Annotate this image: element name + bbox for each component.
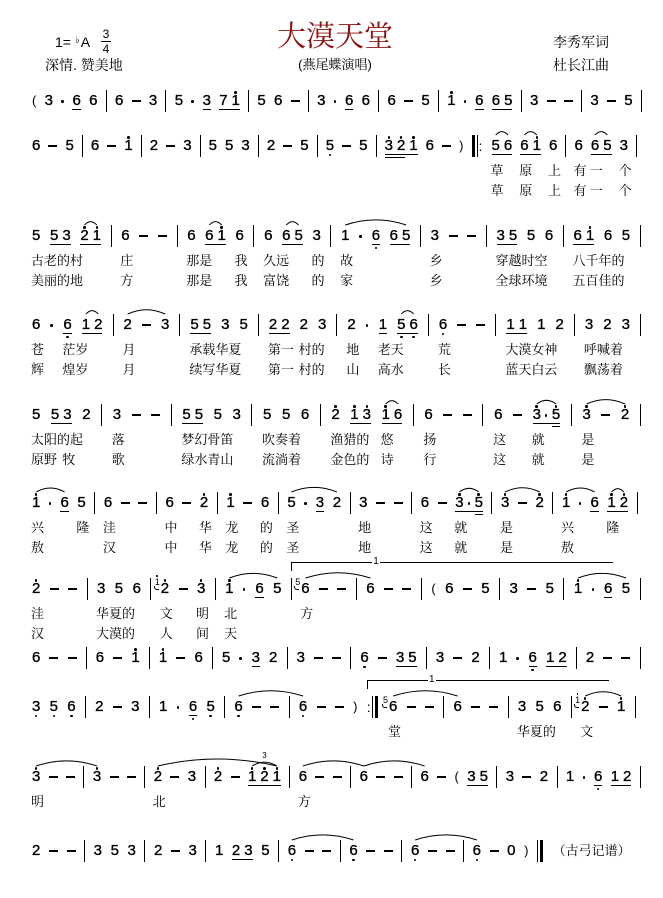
duration-dash (319, 580, 328, 598)
note: 3 (622, 316, 630, 334)
note-digit: 3 (93, 768, 101, 786)
note-digit: 2 (94, 316, 102, 334)
high-octave-dot (477, 493, 480, 496)
beam-group: 65 (390, 227, 411, 245)
slur (239, 691, 303, 696)
note-digit: 2 (154, 842, 162, 860)
note-digit: 3 (590, 92, 598, 110)
lyric-verse-1: 这 (420, 520, 433, 536)
barline (205, 766, 206, 788)
barline (552, 492, 553, 514)
low-octave-dot (291, 859, 294, 862)
duration-dash (489, 698, 498, 716)
lyric-verse-2: 就 (532, 452, 545, 468)
lyric-verse-2: 我 (235, 273, 248, 289)
lyric-verse-2: 全球环境 (496, 273, 548, 289)
note: 3穿越时空全球环境 (497, 227, 505, 245)
duration-dash (603, 649, 612, 667)
beam-group: 6 (345, 92, 353, 110)
note-digit: 3 (385, 137, 393, 155)
note: 5 (480, 768, 488, 786)
lyric-verse-1: 兴 (31, 520, 44, 536)
note: 5 (622, 227, 630, 245)
note-digit: 5 (50, 698, 58, 716)
note-digit: 1 (159, 649, 167, 667)
note-digit: 3 (467, 768, 475, 786)
note-digit: 1 (124, 137, 132, 155)
note-digit: 6 (32, 137, 40, 155)
note: 5 (261, 842, 269, 860)
augmentation-dot (468, 494, 471, 512)
note-digit: 5 (225, 137, 233, 155)
note: 5 (282, 406, 290, 424)
note: 1 (537, 316, 545, 334)
high-octave-dot (589, 226, 592, 229)
lyric-verse-1: 北 (153, 794, 166, 810)
duration-dash (182, 494, 191, 512)
note-digit: 6 (494, 406, 502, 424)
note: 6 (345, 92, 353, 110)
lyric-verse-1: 洼 (103, 520, 116, 536)
note-digit: 6 (594, 768, 602, 786)
barline (144, 766, 145, 788)
note-digit: 5 (261, 842, 269, 860)
note: 6 (299, 698, 307, 716)
lyric-verse-1: 隆 (76, 520, 89, 536)
note-digit: 1 (82, 316, 90, 334)
lyric-verse-2: 第一 (268, 362, 294, 378)
duration-dash (171, 842, 180, 860)
duration-dash (166, 137, 175, 155)
note-digit: 3 (585, 316, 593, 334)
barline (499, 578, 500, 600)
note: 3 (189, 842, 197, 860)
note: 5 (622, 580, 630, 598)
beam-group: 65 (492, 92, 513, 110)
lyric-verse-1: 个 (619, 163, 632, 179)
note: 3华夏的 (518, 698, 526, 716)
note: 3就就 (455, 494, 463, 512)
note: 1 (159, 649, 167, 667)
open-paren: ( (32, 92, 36, 110)
note: 6 (475, 92, 483, 110)
note-digit: 3 (530, 92, 538, 110)
note-digit: 3 (582, 406, 590, 424)
duration-dash (342, 137, 351, 155)
volta-label: 1 (428, 675, 436, 685)
lyric-verse-2: 乡 (430, 273, 443, 289)
note: 2 (94, 316, 102, 334)
barline (495, 314, 496, 336)
note-digit: 5 (492, 137, 500, 155)
note-digit: 3 (317, 92, 325, 110)
lyric-verse-1: 久远 (263, 253, 289, 269)
note-digit: 2 (267, 137, 275, 155)
barline (336, 314, 337, 336)
lyric-verse-1: 古老的村 (31, 253, 83, 269)
note: 1 (131, 649, 139, 667)
barline (508, 696, 509, 718)
note-digit: 6 (549, 137, 557, 155)
note-digit: 1 (611, 768, 619, 786)
beam-group: 5 (475, 494, 483, 512)
note: 6 (594, 768, 602, 786)
slur (537, 400, 556, 404)
note: 3华夏的大漠的 (97, 580, 105, 598)
lyric-verse-1: 地 (358, 520, 371, 536)
close-paren: ) (459, 137, 463, 155)
high-octave-dot (610, 493, 613, 496)
note: 6 (115, 92, 123, 110)
note: 65堂 (389, 698, 397, 716)
note: 2 (586, 649, 594, 667)
lyric-verse-2: 煌岁 (62, 362, 88, 378)
lyric-verse-2: 间 (196, 626, 209, 642)
lyric-verse-2: 诗 (381, 452, 394, 468)
low-octave-dot (302, 715, 305, 718)
note-digit: 3 (197, 580, 205, 598)
note-digit: 1 (566, 768, 574, 786)
beam-group: 61 (205, 227, 226, 245)
barline (421, 578, 422, 600)
note: 3 (316, 494, 324, 512)
barline (111, 225, 112, 247)
beam-group: 12 (611, 768, 632, 786)
open-paren: ( (455, 768, 459, 786)
note-digit: 3 (189, 842, 197, 860)
duration-dash (513, 406, 522, 424)
staff-row: 6611653236353216122 (32, 649, 641, 667)
note: 2华华 (200, 494, 208, 512)
note: 3 (509, 580, 517, 598)
note-digit: 1 (215, 842, 223, 860)
note: 3 (45, 92, 53, 110)
note-digit: 3 (113, 406, 121, 424)
note: 6 (360, 768, 368, 786)
duration-dash (471, 698, 480, 716)
lyric-verse-2: 原野 (31, 452, 57, 468)
low-octave-dot (442, 333, 445, 336)
note: 2村的村的 (300, 316, 308, 334)
lyric-verse-2: 华 (199, 540, 212, 556)
barline (253, 225, 254, 247)
staff-row: 235323123566660)（古弓记谱） (32, 842, 631, 860)
lyric-verse-2: 村的 (299, 362, 325, 378)
note: 6扬行 (424, 406, 432, 424)
note-digit: 1 (519, 316, 527, 334)
barline (420, 225, 421, 247)
note: 3 (32, 698, 40, 716)
barline (171, 404, 172, 426)
lyric-verse-1: 庄 (120, 253, 133, 269)
note: 2 (555, 316, 563, 334)
beam-group: 56 (397, 316, 418, 334)
note-digit: 5 (203, 316, 211, 334)
augmentation-dot (334, 92, 337, 110)
lyric-verse-1: 华夏的 (96, 606, 135, 622)
beam-group: 65 (282, 227, 303, 245)
beam-group: 3就就5 (533, 406, 561, 424)
high-octave-dot (353, 405, 356, 408)
note-digit: 6 (421, 494, 429, 512)
lyric-verse-1: 落 (112, 432, 125, 448)
note: 6 (89, 92, 97, 110)
slur (36, 761, 97, 766)
note: 6 (301, 406, 309, 424)
note-digit: 6 (473, 842, 481, 860)
note-digit: 1 (159, 698, 167, 716)
note: 6 (492, 92, 500, 110)
duration-dash (113, 698, 122, 716)
barline (205, 840, 206, 862)
barline (149, 647, 150, 669)
note: 6 (453, 698, 461, 716)
duration-dash (607, 92, 616, 110)
augmentation-dot (366, 316, 369, 334)
barline (463, 840, 464, 862)
beam-group: 6 (255, 580, 263, 598)
note-digit: 3 (131, 698, 139, 716)
note-digit: 5 (536, 698, 544, 716)
note-digit: 2 (124, 316, 132, 334)
note: 3明间 (197, 580, 205, 598)
note: 5草草 (492, 137, 500, 155)
note: 1老天高水 (379, 316, 387, 334)
note: 6上上 (549, 137, 557, 155)
note: 3 (252, 649, 260, 667)
note-digit: 2 (32, 842, 40, 860)
note-digit: 3 (233, 406, 241, 424)
barline (640, 225, 641, 247)
lyric-verse-2: 蓝天白云 (505, 362, 557, 378)
barline (106, 90, 107, 112)
note-digit: 1 (562, 494, 570, 512)
duration-dash (476, 316, 485, 334)
note-digit: 3 (396, 649, 404, 667)
high-octave-dot (229, 493, 232, 496)
duration-dash (404, 92, 413, 110)
note-digit: 5 (359, 137, 367, 155)
note-digit: 6 (205, 227, 213, 245)
slur (595, 132, 607, 135)
note: 1 (566, 768, 574, 786)
note: 1 (447, 92, 455, 110)
lyric-verse-1: 隆 (606, 520, 619, 536)
lyric-verse-1: 是 (500, 520, 513, 536)
note: 2 (267, 137, 275, 155)
lyric-verse-2: 辉 (31, 362, 44, 378)
note-digit: 6 (165, 494, 173, 512)
note: 1 (218, 227, 226, 245)
note-digit: 5 (257, 92, 265, 110)
note-digit: 6 (424, 406, 432, 424)
lyric-verse-2: 敖 (31, 540, 44, 556)
lyric-verse-2: 是 (500, 540, 513, 556)
barline (101, 404, 102, 426)
augmentation-dot (49, 494, 52, 512)
note-digit: 5 (182, 406, 190, 424)
note-digit: 1 (93, 227, 101, 245)
note-digit: 2 (558, 649, 566, 667)
note: 5太阳的起原野 (32, 406, 40, 424)
note: 3是是 (501, 494, 509, 512)
slur (415, 835, 477, 840)
augmentation-dot (464, 92, 467, 110)
note-digit: 6 (545, 227, 553, 245)
barline (637, 492, 638, 514)
note: 5 (257, 92, 265, 110)
lyric-verse-2: 敖 (561, 540, 574, 556)
high-octave-dot (366, 405, 369, 408)
note: 5 (402, 227, 410, 245)
note-digit: 2 (586, 649, 594, 667)
lyric-verse-2: 的 (260, 540, 273, 556)
barline (376, 135, 377, 157)
lyric-verse-1: 吹奏着 (262, 432, 301, 448)
note-digit: 6 (439, 316, 447, 334)
note: 3的的 (312, 227, 320, 245)
high-octave-dot (217, 767, 220, 770)
note-digit: 6 (264, 227, 272, 245)
slur (229, 573, 277, 578)
note: 3就就 (533, 406, 541, 424)
note-digit: 5 (209, 137, 217, 155)
note: 6 (553, 698, 561, 716)
beam-group: 5 (552, 406, 560, 424)
note-digit: 1 (350, 406, 358, 424)
lyric-verse-2: 有 (573, 183, 586, 199)
barline (340, 840, 341, 862)
note-digit: 6 (255, 580, 263, 598)
staff-row: 1兴敖65隆6洼汉6中中2华华1龙龙6的的5圣圣323地地6这这3就就53是是2… (32, 494, 638, 512)
note-digit: 5 (300, 137, 308, 155)
note: 2 (623, 768, 631, 786)
barline (330, 225, 331, 247)
duration-dash (252, 698, 261, 716)
repeat-start-barline (472, 135, 484, 157)
note: 5梦幻骨笛绿水青山 (182, 406, 190, 424)
note: 3个个 (620, 137, 628, 155)
note-digit: 6 (288, 842, 296, 860)
note-digit: 2 (620, 494, 628, 512)
note: 5 (239, 316, 247, 334)
low-octave-dot (53, 715, 56, 718)
note-digit: 5 (504, 92, 512, 110)
beam-group: 6 (189, 698, 197, 716)
note-digit: 6 (104, 494, 112, 512)
high-octave-dot (228, 579, 231, 582)
note-digit: 6 (475, 92, 483, 110)
note: 3 (506, 768, 514, 786)
note: 6 (426, 137, 434, 155)
barline (489, 647, 490, 669)
note: 3 (94, 842, 102, 860)
beam-group: 6八千年的五百佳的1 (573, 227, 594, 245)
duration-dash (376, 768, 385, 786)
note-digit: 1 (499, 649, 507, 667)
slur (292, 835, 354, 840)
close-paren: ) (524, 842, 528, 860)
note: 1 (546, 649, 554, 667)
note-digit: 5 (195, 406, 203, 424)
note-digit: 6 (420, 768, 428, 786)
slur (291, 487, 336, 492)
beam-group: 6 (60, 494, 68, 512)
note-digit: 2 (161, 580, 169, 598)
high-octave-dot (538, 493, 541, 496)
beam-group: 53 (50, 227, 71, 245)
high-octave-dot (458, 493, 461, 496)
high-octave-dot (96, 226, 99, 229)
note-digit: 6 (299, 768, 307, 786)
low-octave-dot (66, 336, 69, 339)
note-digit: 6 (372, 227, 380, 245)
duration-dash (283, 137, 292, 155)
beam-group: 12 (546, 649, 567, 667)
note-digit: 6 (529, 649, 537, 667)
augmentation-dot (239, 649, 242, 667)
note: 2洼汉 (32, 580, 40, 598)
barline (571, 404, 572, 426)
beam-group: 3 (252, 649, 260, 667)
note-digit: 6 (301, 406, 309, 424)
duration-dash (601, 406, 610, 424)
barline (113, 314, 114, 336)
augmentation-dot (545, 406, 548, 424)
duration-dash (527, 580, 536, 598)
note: 6八千年的五百佳的 (573, 227, 581, 245)
beam-group: 3穿越时空全球环境5 (497, 227, 518, 245)
note: 5 (527, 227, 535, 245)
note: 5 (359, 137, 367, 155)
slur (393, 691, 457, 696)
high-octave-dot (577, 579, 580, 582)
note: 6 (189, 698, 197, 716)
barline (258, 135, 259, 157)
note: 1故家 (341, 227, 349, 245)
duration-dash (142, 316, 151, 334)
duration-dash (463, 580, 472, 598)
note: 6 (590, 494, 598, 512)
barline (640, 766, 641, 788)
slur (386, 401, 398, 404)
note-digit: 2 (397, 137, 405, 155)
lyric-verse-1: 就 (454, 520, 467, 536)
lyric-verse-2: 汉 (31, 626, 44, 642)
note: 5 (421, 92, 429, 110)
lyric-verse-2: 这 (420, 540, 433, 556)
note-digit: 1 (546, 649, 554, 667)
note: 5 (552, 406, 560, 424)
lyric-verse-1: 兴 (561, 520, 574, 536)
lyric-verse-1: 明 (196, 606, 209, 622)
high-octave-dot (96, 767, 99, 770)
lyric-verse-2: 方 (120, 273, 133, 289)
beam-group: 6 (529, 649, 537, 667)
note-digit: 5 (509, 227, 517, 245)
note-digit: 2 (269, 649, 277, 667)
beam-group: 23 (232, 842, 253, 860)
note-digit: 6 (274, 92, 282, 110)
note-digit: 3 (252, 649, 260, 667)
note-digit: 2 (347, 316, 355, 334)
note-digit: 6 (411, 842, 419, 860)
staff-row: 3明32北3212136方66(35321612 (32, 768, 641, 786)
augmentation-dot (592, 580, 595, 598)
note-digit: 3 (62, 227, 70, 245)
lyric-verse-1: 中 (164, 520, 177, 536)
note-digit: 6 (301, 580, 309, 598)
